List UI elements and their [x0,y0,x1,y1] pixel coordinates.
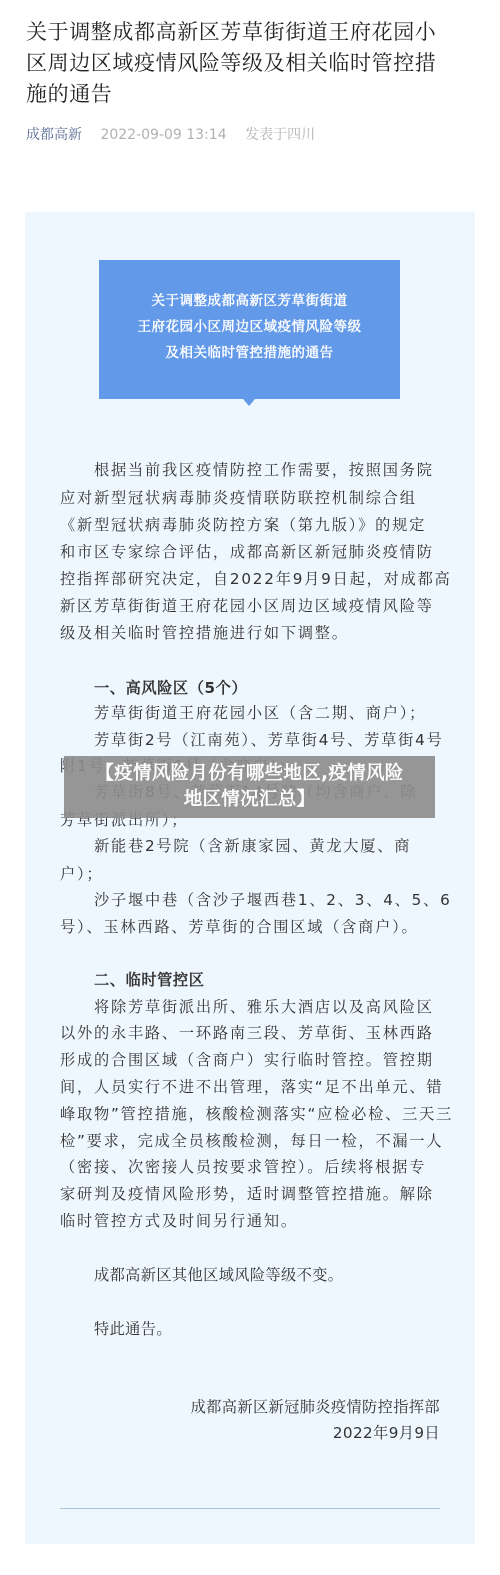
notice-banner: 关于调整成都高新区芳草街街道 王府花园小区周边区域疫情风险等级 及相关临时管控措… [99,260,400,399]
banner-title-line: 关于调整成都高新区芳草街街道 [99,288,400,314]
publish-datetime: 2022-09-09 13:14 [100,127,226,143]
signature-date: 2022年9月9日 [60,1423,440,1443]
banner-title-line: 王府花园小区周边区域疫情风险等级 [99,314,400,340]
temporary-control-line: 峰取物”管控措施，核酸检测落实“应检必检、三天三 [60,1104,440,1124]
temporary-control-line: 以外的永丰路、一环路南三段、芳草街、玉林西路 [60,1023,440,1043]
section-heading-temporary-control: 二、临时管控区 [94,970,440,990]
section-heading-high-risk: 一、高风险区（5个） [94,678,440,698]
article-title-line: 区周边区域疫情风险等级及相关临时管控措 [26,48,476,79]
caption-overlay: 【疫情风险月份有哪些地区,疫情风险 地区情况汇总】 [64,756,435,818]
article-meta: 成都高新 2022-09-09 13:14 发表于四川 [26,125,315,145]
banner-pointer-icon [243,399,255,406]
intro-line: 根据当前我区疫情防控工作需要，按照国务院 [94,460,440,480]
closing-statement: 特此通告。 [94,1319,440,1339]
intro-line: 《新型冠状病毒肺炎防控方案（第九版）》的规定 [60,515,440,535]
caption-overlay-line: 地区情况汇总】 [64,787,435,813]
divider [60,1508,440,1509]
temporary-control-line: 家研判及疫情风险形势，适时调整管控措施。解除 [60,1184,440,1204]
other-areas-note: 成都高新区其他区域风险等级不变。 [94,1265,440,1285]
intro-line: 应对新型冠状病毒肺炎疫情联防联控机制综合组 [60,488,440,508]
temporary-control-line: （密接、次密接人员按要求管控）。后续将根据专 [60,1157,440,1177]
temporary-control-line: 将除芳草街派出所、雅乐大酒店以及高风险区 [94,997,440,1017]
banner-title-line: 及相关临时管控措施的通告 [99,340,400,366]
high-risk-line: 芳草街街道王府花园小区（含二期、商户）； [94,703,440,723]
high-risk-line: 号）、玉林西路、芳草街的合围区域（含商户）。 [60,917,440,937]
temporary-control-line: 检”要求，完成全员核酸检测，每日一检，不漏一人 [60,1131,440,1151]
signature-org: 成都高新区新冠肺炎疫情防控指挥部 [60,1397,440,1417]
high-risk-line: 户）； [60,864,440,884]
caption-overlay-line: 【疫情风险月份有哪些地区,疫情风险 [64,761,435,787]
publish-location: 发表于四川 [245,127,315,143]
temporary-control-line: 形成的合围区域（含商户）实行临时管控。管控期 [60,1050,440,1070]
article-title-line: 关于调整成都高新区芳草街街道王府花园小 [26,17,476,48]
intro-line: 级及相关临时管控措施进行如下调整。 [60,623,440,643]
article-title-line: 施的通告 [26,79,476,110]
high-risk-line: 芳草街2号（江南苑）、芳草街4号、芳草街4号 [94,730,440,750]
high-risk-line: 沙子堰中巷（含沙子堰西巷1、2、3、4、5、6 [94,890,440,910]
intro-line: 新区芳草街街道王府花园小区周边区域疫情风险等 [60,596,440,616]
temporary-control-line: 间，人员实行不进不出管理，落实“足不出单元、错 [60,1077,440,1097]
intro-line: 和市区专家综合评估，成都高新区新冠肺炎疫情防 [60,542,440,562]
account-name-link[interactable]: 成都高新 [26,127,82,143]
intro-line: 控指挥部研究决定，自2022年9月9日起，对成都高 [60,569,440,589]
high-risk-line: 新能巷2号院（含新康家园、黄龙大厦、商 [94,836,440,856]
temporary-control-line: 临时管控方式及时间另行通知。 [60,1211,440,1231]
article-title: 关于调整成都高新区芳草街街道王府花园小 区周边区域疫情风险等级及相关临时管控措 … [26,17,476,110]
